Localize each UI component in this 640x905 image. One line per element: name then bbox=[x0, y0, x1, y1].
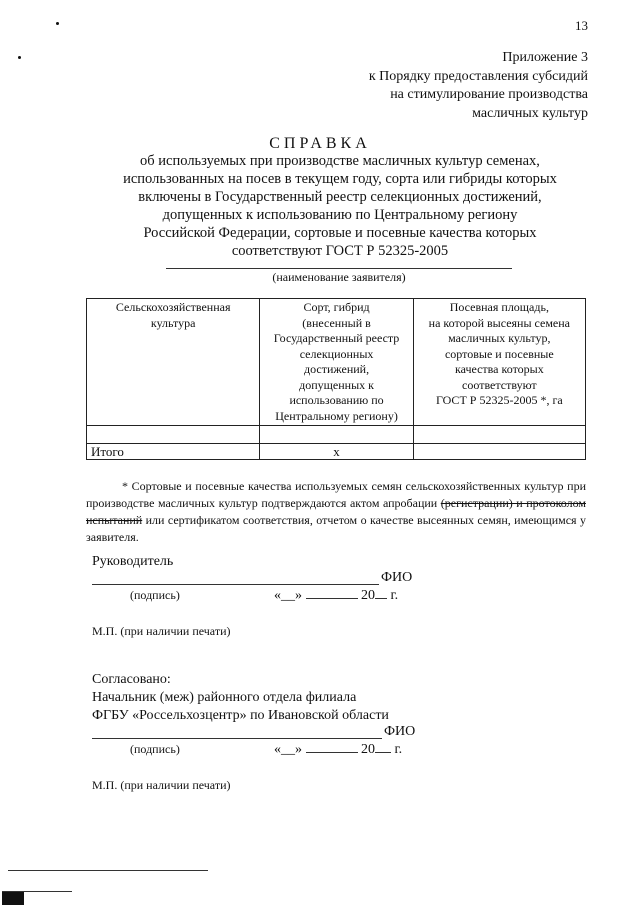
header-text: Сельскохозяйственная bbox=[89, 300, 257, 316]
head-fio: ФИО bbox=[381, 570, 412, 586]
appendix-line: к Порядку предоставления субсидий bbox=[258, 68, 588, 87]
date-year-suffix: г. bbox=[391, 588, 399, 603]
scan-mark-icon bbox=[2, 892, 24, 905]
header-text: Сорт, гибрид bbox=[262, 300, 410, 316]
header-text: качества которых bbox=[416, 362, 583, 378]
footer-divider bbox=[8, 870, 208, 871]
appendix-header: Приложение 3 к Порядку предоставления су… bbox=[258, 49, 588, 123]
agreed-signature-field[interactable] bbox=[92, 738, 382, 739]
subtitle-line: об используемых при производстве масличн… bbox=[100, 152, 580, 170]
header-text: соответствуют bbox=[416, 378, 583, 394]
table-total-row: Итого x bbox=[87, 444, 586, 460]
subtitle-line: использованных на посев в текущем году, … bbox=[100, 170, 580, 188]
agreed-heading: Согласовано: bbox=[92, 672, 171, 688]
subtitle-line: включены в Государственный реестр селекц… bbox=[100, 188, 580, 206]
header-text: Центральному региону) bbox=[262, 409, 410, 425]
head-date: «__» 20 г. bbox=[274, 586, 398, 604]
date-month-field[interactable] bbox=[306, 586, 358, 599]
head-signature-field[interactable] bbox=[92, 584, 379, 585]
head-sign-caption: (подпись) bbox=[130, 588, 180, 603]
header-text: достижений, bbox=[262, 362, 410, 378]
scan-speck bbox=[18, 56, 21, 59]
page-number: 13 bbox=[575, 18, 588, 34]
header-variety: Сорт, гибрид (внесенный в Государственны… bbox=[260, 299, 413, 426]
header-text: на которой высеяны семена bbox=[416, 316, 583, 332]
document-subtitle: об используемых при производстве масличн… bbox=[100, 152, 580, 260]
date-year-prefix: 20 bbox=[361, 588, 375, 603]
date-year-suffix: г. bbox=[395, 742, 403, 757]
date-month-field[interactable] bbox=[306, 740, 358, 753]
agreed-role-line1: Начальник (меж) районного отдела филиала bbox=[92, 690, 356, 706]
header-text: (внесенный в bbox=[262, 316, 410, 332]
header-text: Государственный реестр bbox=[262, 331, 410, 347]
cell-crop[interactable] bbox=[87, 426, 260, 444]
date-day[interactable]: «__» bbox=[274, 742, 302, 757]
head-role: Руководитель bbox=[92, 554, 173, 570]
header-crop: Сельскохозяйственная культура bbox=[87, 299, 260, 426]
agreed-role-line2: ФГБУ «Россельхозцентр» по Ивановской обл… bbox=[92, 708, 389, 724]
footnote-text: или сертификатом соответствия, отчетом о… bbox=[86, 513, 586, 544]
scan-speck bbox=[56, 22, 59, 25]
date-year-field[interactable] bbox=[375, 586, 387, 599]
date-year-prefix: 20 bbox=[361, 742, 375, 757]
header-text: Посевная площадь, bbox=[416, 300, 583, 316]
table-row bbox=[87, 426, 586, 444]
subtitle-line: Российской Федерации, сортовые и посевны… bbox=[100, 224, 580, 242]
appendix-line: масличных культур bbox=[258, 105, 588, 124]
total-label: Итого bbox=[87, 444, 260, 460]
cell-variety[interactable] bbox=[260, 426, 413, 444]
document-title: СПРАВКА bbox=[0, 135, 640, 153]
subtitle-line: соответствуют ГОСТ Р 52325-2005 bbox=[100, 242, 580, 260]
footnote: * Сортовые и посевные качества используе… bbox=[86, 478, 586, 546]
total-area[interactable] bbox=[413, 444, 585, 460]
header-text: масличных культур, bbox=[416, 331, 583, 347]
header-text: использованию по bbox=[262, 393, 410, 409]
applicant-name-field[interactable] bbox=[166, 268, 512, 269]
subtitle-line: допущенных к использованию по Центрально… bbox=[100, 206, 580, 224]
header-text: ГОСТ Р 52325-2005 *, га bbox=[416, 393, 583, 409]
header-text: допущенных к bbox=[262, 378, 410, 394]
header-text: селекционных bbox=[262, 347, 410, 363]
cell-area[interactable] bbox=[413, 426, 585, 444]
appendix-line: Приложение 3 bbox=[258, 49, 588, 68]
date-year-field[interactable] bbox=[375, 740, 391, 753]
agreed-fio: ФИО bbox=[384, 724, 415, 740]
header-text: культура bbox=[89, 316, 257, 332]
header-area: Посевная площадь, на которой высеяны сем… bbox=[413, 299, 585, 426]
seeds-table: Сельскохозяйственная культура Сорт, гибр… bbox=[86, 298, 586, 460]
date-day[interactable]: «__» bbox=[274, 588, 302, 603]
agreed-date: «__» 20 г. bbox=[274, 740, 402, 758]
agreed-sign-caption: (подпись) bbox=[130, 742, 180, 757]
appendix-line: на стимулирование производства bbox=[258, 86, 588, 105]
header-text: сортовые и посевные bbox=[416, 347, 583, 363]
head-stamp: М.П. (при наличии печати) bbox=[92, 624, 230, 639]
table-header-row: Сельскохозяйственная культура Сорт, гибр… bbox=[87, 299, 586, 426]
total-variety: x bbox=[260, 444, 413, 460]
agreed-stamp: М.П. (при наличии печати) bbox=[92, 778, 230, 793]
applicant-caption: (наименование заявителя) bbox=[166, 270, 512, 285]
